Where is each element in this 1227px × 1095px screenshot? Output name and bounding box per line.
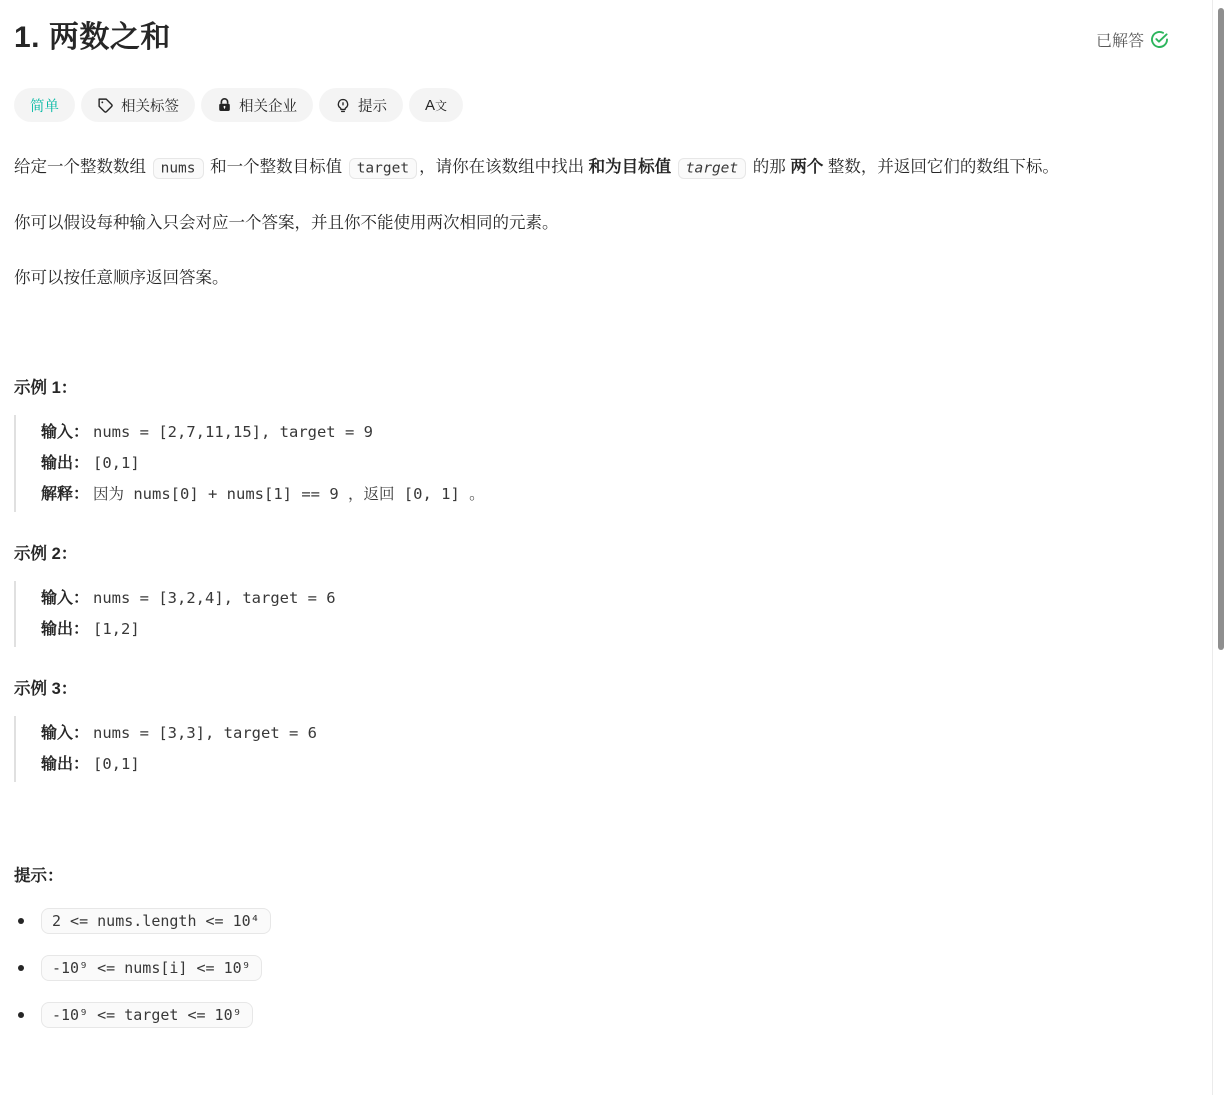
- lightbulb-icon: [335, 97, 351, 114]
- example-3-block: 输入：nums = [3,3], target = 6 输出：[0,1]: [14, 716, 1187, 782]
- constraint-item: -10⁹ <= nums[i] <= 10⁹: [14, 955, 1187, 981]
- statement-paragraph-2: 你可以假设每种输入只会对应一个答案，并且你不能使用两次相同的元素。: [14, 208, 1187, 239]
- related-tags-button[interactable]: 相关标签: [81, 88, 195, 122]
- problem-description-panel: 1. 两数之和 已解答 简单 相关标签: [0, 0, 1227, 1028]
- example-2-output: 输出：[1,2]: [41, 614, 1187, 645]
- example-3-output: 输出：[0,1]: [41, 749, 1187, 780]
- translate-icon: A文: [425, 97, 447, 114]
- related-companies-label: 相关企业: [239, 95, 297, 116]
- statement-paragraph-1: 给定一个整数数组 nums 和一个整数目标值 target，请你在该数组中找出 …: [14, 152, 1187, 184]
- scrollbar-track-divider: [1212, 0, 1213, 1095]
- tag-icon: [97, 97, 114, 114]
- difficulty-label: 简单: [30, 95, 59, 116]
- check-circle-icon: [1150, 30, 1169, 49]
- constraint-item: -10⁹ <= target <= 10⁹: [14, 1002, 1187, 1028]
- example-2-heading: 示例 2：: [14, 540, 1187, 564]
- bullet-dot: [18, 965, 24, 971]
- constraints-heading: 提示：: [14, 862, 1187, 886]
- inline-code-target-italic: target: [678, 158, 746, 179]
- constraints-list: 2 <= nums.length <= 10⁴ -10⁹ <= nums[i] …: [14, 908, 1187, 1028]
- solved-status-badge[interactable]: 已解答: [1096, 28, 1169, 51]
- example-1-input: 输入：nums = [2,7,11,15], target = 9: [41, 417, 1187, 448]
- lock-icon: [217, 97, 232, 113]
- example-2-block: 输入：nums = [3,2,4], target = 6 输出：[1,2]: [14, 581, 1187, 647]
- example-1-output: 输出：[0,1]: [41, 448, 1187, 479]
- hint-label: 提示: [358, 95, 387, 116]
- related-tags-label: 相关标签: [121, 95, 179, 116]
- bullet-dot: [18, 918, 24, 924]
- statement-paragraph-3: 你可以按任意顺序返回答案。: [14, 263, 1187, 294]
- related-companies-button[interactable]: 相关企业: [201, 88, 313, 122]
- inline-code-nums: nums: [153, 158, 204, 179]
- page-title: 1. 两数之和: [14, 18, 171, 58]
- example-1-heading: 示例 1：: [14, 374, 1187, 398]
- example-2-input: 输入：nums = [3,2,4], target = 6: [41, 583, 1187, 614]
- example-3-heading: 示例 3：: [14, 675, 1187, 699]
- translate-button[interactable]: A文: [409, 88, 463, 122]
- example-3-input: 输入：nums = [3,3], target = 6: [41, 718, 1187, 749]
- problem-statement: 给定一个整数数组 nums 和一个整数目标值 target，请你在该数组中找出 …: [14, 152, 1187, 294]
- hint-button[interactable]: 提示: [319, 88, 403, 122]
- inline-code-target: target: [349, 158, 417, 179]
- solved-label: 已解答: [1096, 28, 1144, 51]
- chips-row: 简单 相关标签 相关企业: [14, 88, 1187, 122]
- constraint-item: 2 <= nums.length <= 10⁴: [14, 908, 1187, 934]
- bullet-dot: [18, 1012, 24, 1018]
- problem-header: 1. 两数之和 已解答: [14, 18, 1187, 58]
- scrollbar-thumb[interactable]: [1218, 8, 1224, 650]
- example-1-block: 输入：nums = [2,7,11,15], target = 9 输出：[0,…: [14, 415, 1187, 512]
- difficulty-badge[interactable]: 简单: [14, 88, 75, 122]
- example-1-explanation: 解释：因为 nums[0] + nums[1] == 9 ，返回 [0, 1] …: [41, 479, 1187, 510]
